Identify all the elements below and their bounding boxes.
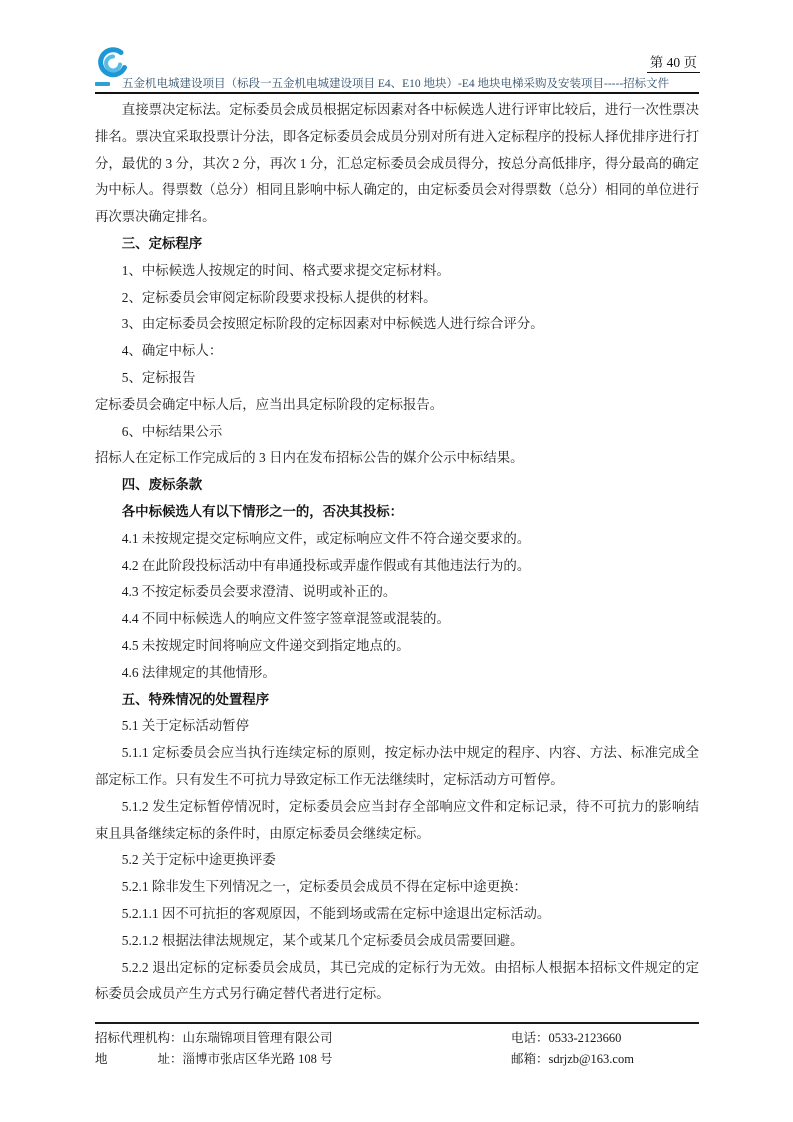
footer-row-2: 地 址：淄博市张店区华光路 108 号 邮箱：sdrjzb@163.com xyxy=(95,1049,699,1070)
list-item-1: 1、中标候选人按规定的时间、格式要求提交定标材料。 xyxy=(95,258,699,285)
clause-5-2-2: 5.2.2 退出定标的定标委员会成员，其已完成的定标行为无效。由招标人根据本招标… xyxy=(95,955,699,1009)
clause-5-2-1-1: 5.2.1.1 因不可抗拒的客观原因，不能到场或需在定标中途退出定标活动。 xyxy=(95,901,699,928)
document-page: 五金机电城建设项目（标段一五金机电城建设项目 E4、E10 地块）-E4 地块电… xyxy=(0,0,793,1122)
clause-5-1-1: 5.1.1 定标委员会应当执行连续定标的原则，按定标办法中规定的程序、内容、方法… xyxy=(95,740,699,794)
heading-section-4: 四、废标条款 xyxy=(95,472,699,499)
list-item-5: 5、定标报告 xyxy=(95,365,699,392)
swirl-logo-icon xyxy=(95,47,131,81)
clause-5-2-1: 5.2.1 除非发生下列情况之一，定标委员会成员不得在定标中途更换： xyxy=(95,874,699,901)
clause-4-5: 4.5 未按规定时间将响应文件递交到指定地点的。 xyxy=(95,633,699,660)
paragraph-report: 定标委员会确定中标人后，应当出具定标阶段的定标报告。 xyxy=(95,392,699,419)
list-item-2: 2、定标委员会审阅定标阶段要求投标人提供的材料。 xyxy=(95,285,699,312)
document-header-title: 五金机电城建设项目（标段一五金机电城建设项目 E4、E10 地块）-E4 地块电… xyxy=(122,77,700,92)
clause-4-1: 4.1 未按规定提交定标响应文件，或定标响应文件不符合递交要求的。 xyxy=(95,526,699,553)
clause-4-3: 4.3 不按定标委员会要求澄清、说明或补正的。 xyxy=(95,579,699,606)
heading-section-3: 三、定标程序 xyxy=(95,231,699,258)
clause-4-4: 4.4 不同中标候选人的响应文件签字签章混签或混装的。 xyxy=(95,606,699,633)
list-item-4: 4、确定中标人： xyxy=(95,338,699,365)
paragraph-publicity: 招标人在定标工作完成后的 3 日内在发布招标公告的媒介公示中标结果。 xyxy=(95,445,699,472)
clause-5-1-2: 5.1.2 发生定标暂停情况时，定标委员会应当封存全部响应文件和定标记录，待不可… xyxy=(95,794,699,848)
list-item-6: 6、中标结果公示 xyxy=(95,419,699,446)
footer-address: 地 址：淄博市张店区华光路 108 号 xyxy=(95,1049,511,1070)
clause-4-2: 4.2 在此阶段投标活动中有串通投标或弄虚作假或有其他违法行为的。 xyxy=(95,553,699,580)
heading-section-5: 五、特殊情况的处置程序 xyxy=(95,687,699,714)
header-divider xyxy=(95,92,699,94)
clause-4-6: 4.6 法律规定的其他情形。 xyxy=(95,660,699,687)
document-body: 直接票决定标法。定标委员会成员根据定标因素对各中标候选人进行评审比较后，进行一次… xyxy=(95,97,699,1008)
clause-5-2-1-2: 5.2.1.2 根据法律法规规定，某个或某几个定标委员会成员需要回避。 xyxy=(95,928,699,955)
logo-wordmark xyxy=(95,82,110,86)
footer-row-1: 招标代理机构：山东瑞锦项目管理有限公司 电话：0533-2123660 xyxy=(95,1028,699,1049)
footer-email: 邮箱：sdrjzb@163.com xyxy=(511,1049,699,1070)
footer-phone: 电话：0533-2123660 xyxy=(511,1028,699,1049)
page-number: 第 40 页 xyxy=(647,51,700,73)
paragraph-rejection-intro: 各中标候选人有以下情形之一的，否决其投标： xyxy=(95,499,699,526)
clause-5-1: 5.1 关于定标活动暂停 xyxy=(95,713,699,740)
footer-agency: 招标代理机构：山东瑞锦项目管理有限公司 xyxy=(95,1028,511,1049)
paragraph-vote-method: 直接票决定标法。定标委员会成员根据定标因素对各中标候选人进行评审比较后，进行一次… xyxy=(95,97,699,231)
clause-5-2: 5.2 关于定标中途更换评委 xyxy=(95,847,699,874)
list-item-3: 3、由定标委员会按照定标阶段的定标因素对中标候选人进行综合评分。 xyxy=(95,311,699,338)
document-footer: 招标代理机构：山东瑞锦项目管理有限公司 电话：0533-2123660 地 址：… xyxy=(95,1022,699,1070)
